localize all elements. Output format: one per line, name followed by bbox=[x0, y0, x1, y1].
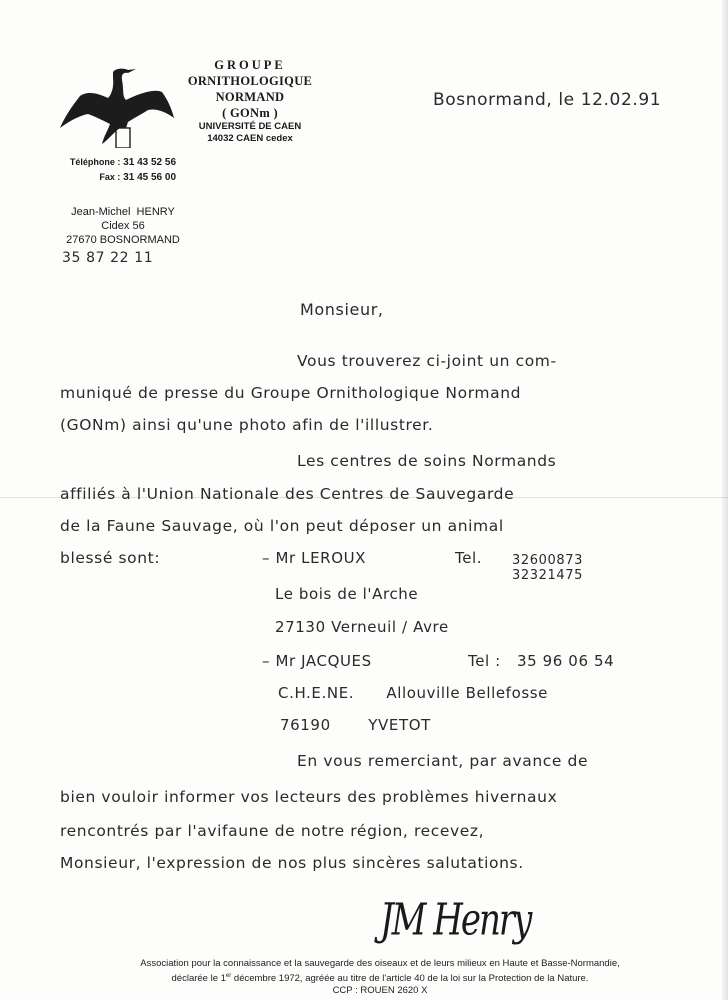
footer-line3: CCP : ROUEN 2620 X bbox=[100, 985, 660, 997]
body-line: affiliés à l'Union Nationale des Centres… bbox=[60, 485, 514, 503]
closing-line: bien vouloir informer vos lecteurs des p… bbox=[60, 788, 557, 806]
body-line: Les centres de soins Normands bbox=[297, 452, 556, 470]
cormorant-logo-icon bbox=[58, 66, 176, 148]
org-name-line2: ORNITHOLOGIQUE bbox=[180, 73, 320, 89]
centre-1-address2: 27130 Verneuil / Avre bbox=[275, 618, 449, 636]
centre-1-address1: Le bois de l'Arche bbox=[275, 585, 418, 603]
footer-line1: Association pour la connaissance et la s… bbox=[100, 958, 660, 970]
sender-town: 27670 BOSNORMAND bbox=[58, 233, 188, 247]
signature: JM Henry bbox=[380, 894, 530, 946]
sender-cidex: Cidex 56 bbox=[58, 219, 188, 233]
org-university: UNIVERSITÉ DE CAEN bbox=[180, 121, 320, 133]
sender-name: Jean-Michel HENRY bbox=[58, 205, 188, 219]
centre-2-address2: 76190 YVETOT bbox=[280, 716, 431, 734]
body-line: blessé sont: bbox=[60, 549, 160, 567]
org-name-line3: NORMAND bbox=[180, 89, 320, 105]
phone-row: Téléphone : 31 43 52 56 bbox=[56, 155, 176, 170]
closing-line: rencontrés par l'avifaune de notre régio… bbox=[60, 822, 484, 840]
body-line: muniqué de presse du Groupe Ornithologiq… bbox=[60, 384, 521, 402]
body-line: (GONm) ainsi qu'une photo afin de l'illu… bbox=[60, 416, 433, 434]
footer-line2: déclarée le 1er décembre 1972, agréée au… bbox=[100, 970, 660, 985]
org-contact: Téléphone : 31 43 52 56 Fax : 31 45 56 0… bbox=[56, 155, 176, 185]
centre-1-tel2: 32321475 bbox=[512, 568, 583, 583]
centre-1-tel-label: Tel. bbox=[455, 549, 482, 567]
organization-block: GROUPE ORNITHOLOGIQUE NORMAND ( GONm ) U… bbox=[180, 57, 320, 145]
org-name-line1: GROUPE bbox=[180, 57, 320, 73]
paper-edge bbox=[722, 0, 728, 1000]
centre-1-name: – Mr LEROUX bbox=[262, 549, 366, 567]
org-acronym: ( GONm ) bbox=[180, 105, 320, 121]
salutation: Monsieur, bbox=[300, 300, 384, 319]
centre-1-tel1: 32600873 bbox=[512, 553, 583, 568]
footer: Association pour la connaissance et la s… bbox=[100, 958, 660, 997]
centre-2-tel1: 35 96 06 54 bbox=[517, 652, 614, 670]
closing-line: En vous remerciant, par avance de bbox=[297, 752, 588, 770]
sender-handwritten-phone: 35 87 22 11 bbox=[62, 250, 153, 266]
letter-date: Bosnormand, le 12.02.91 bbox=[433, 90, 661, 110]
sender-address: Jean-Michel HENRY Cidex 56 27670 BOSNORM… bbox=[58, 205, 188, 247]
org-postal: 14032 CAEN cedex bbox=[180, 133, 320, 145]
centre-2-address1: C.H.E.NE. Allouville Bellefosse bbox=[278, 684, 548, 702]
centre-2-tel-label: Tel : bbox=[468, 652, 501, 670]
centre-2-name: – Mr JACQUES bbox=[262, 652, 372, 670]
closing-line: Monsieur, l'expression de nos plus sincè… bbox=[60, 854, 524, 872]
fax-number: 31 45 56 00 bbox=[123, 172, 176, 183]
fax-row: Fax : 31 45 56 00 bbox=[56, 170, 176, 185]
body-line: Vous trouverez ci-joint un com- bbox=[297, 352, 557, 370]
phone-number: 31 43 52 56 bbox=[123, 157, 176, 168]
body-line: de la Faune Sauvage, où l'on peut dépose… bbox=[60, 517, 504, 535]
